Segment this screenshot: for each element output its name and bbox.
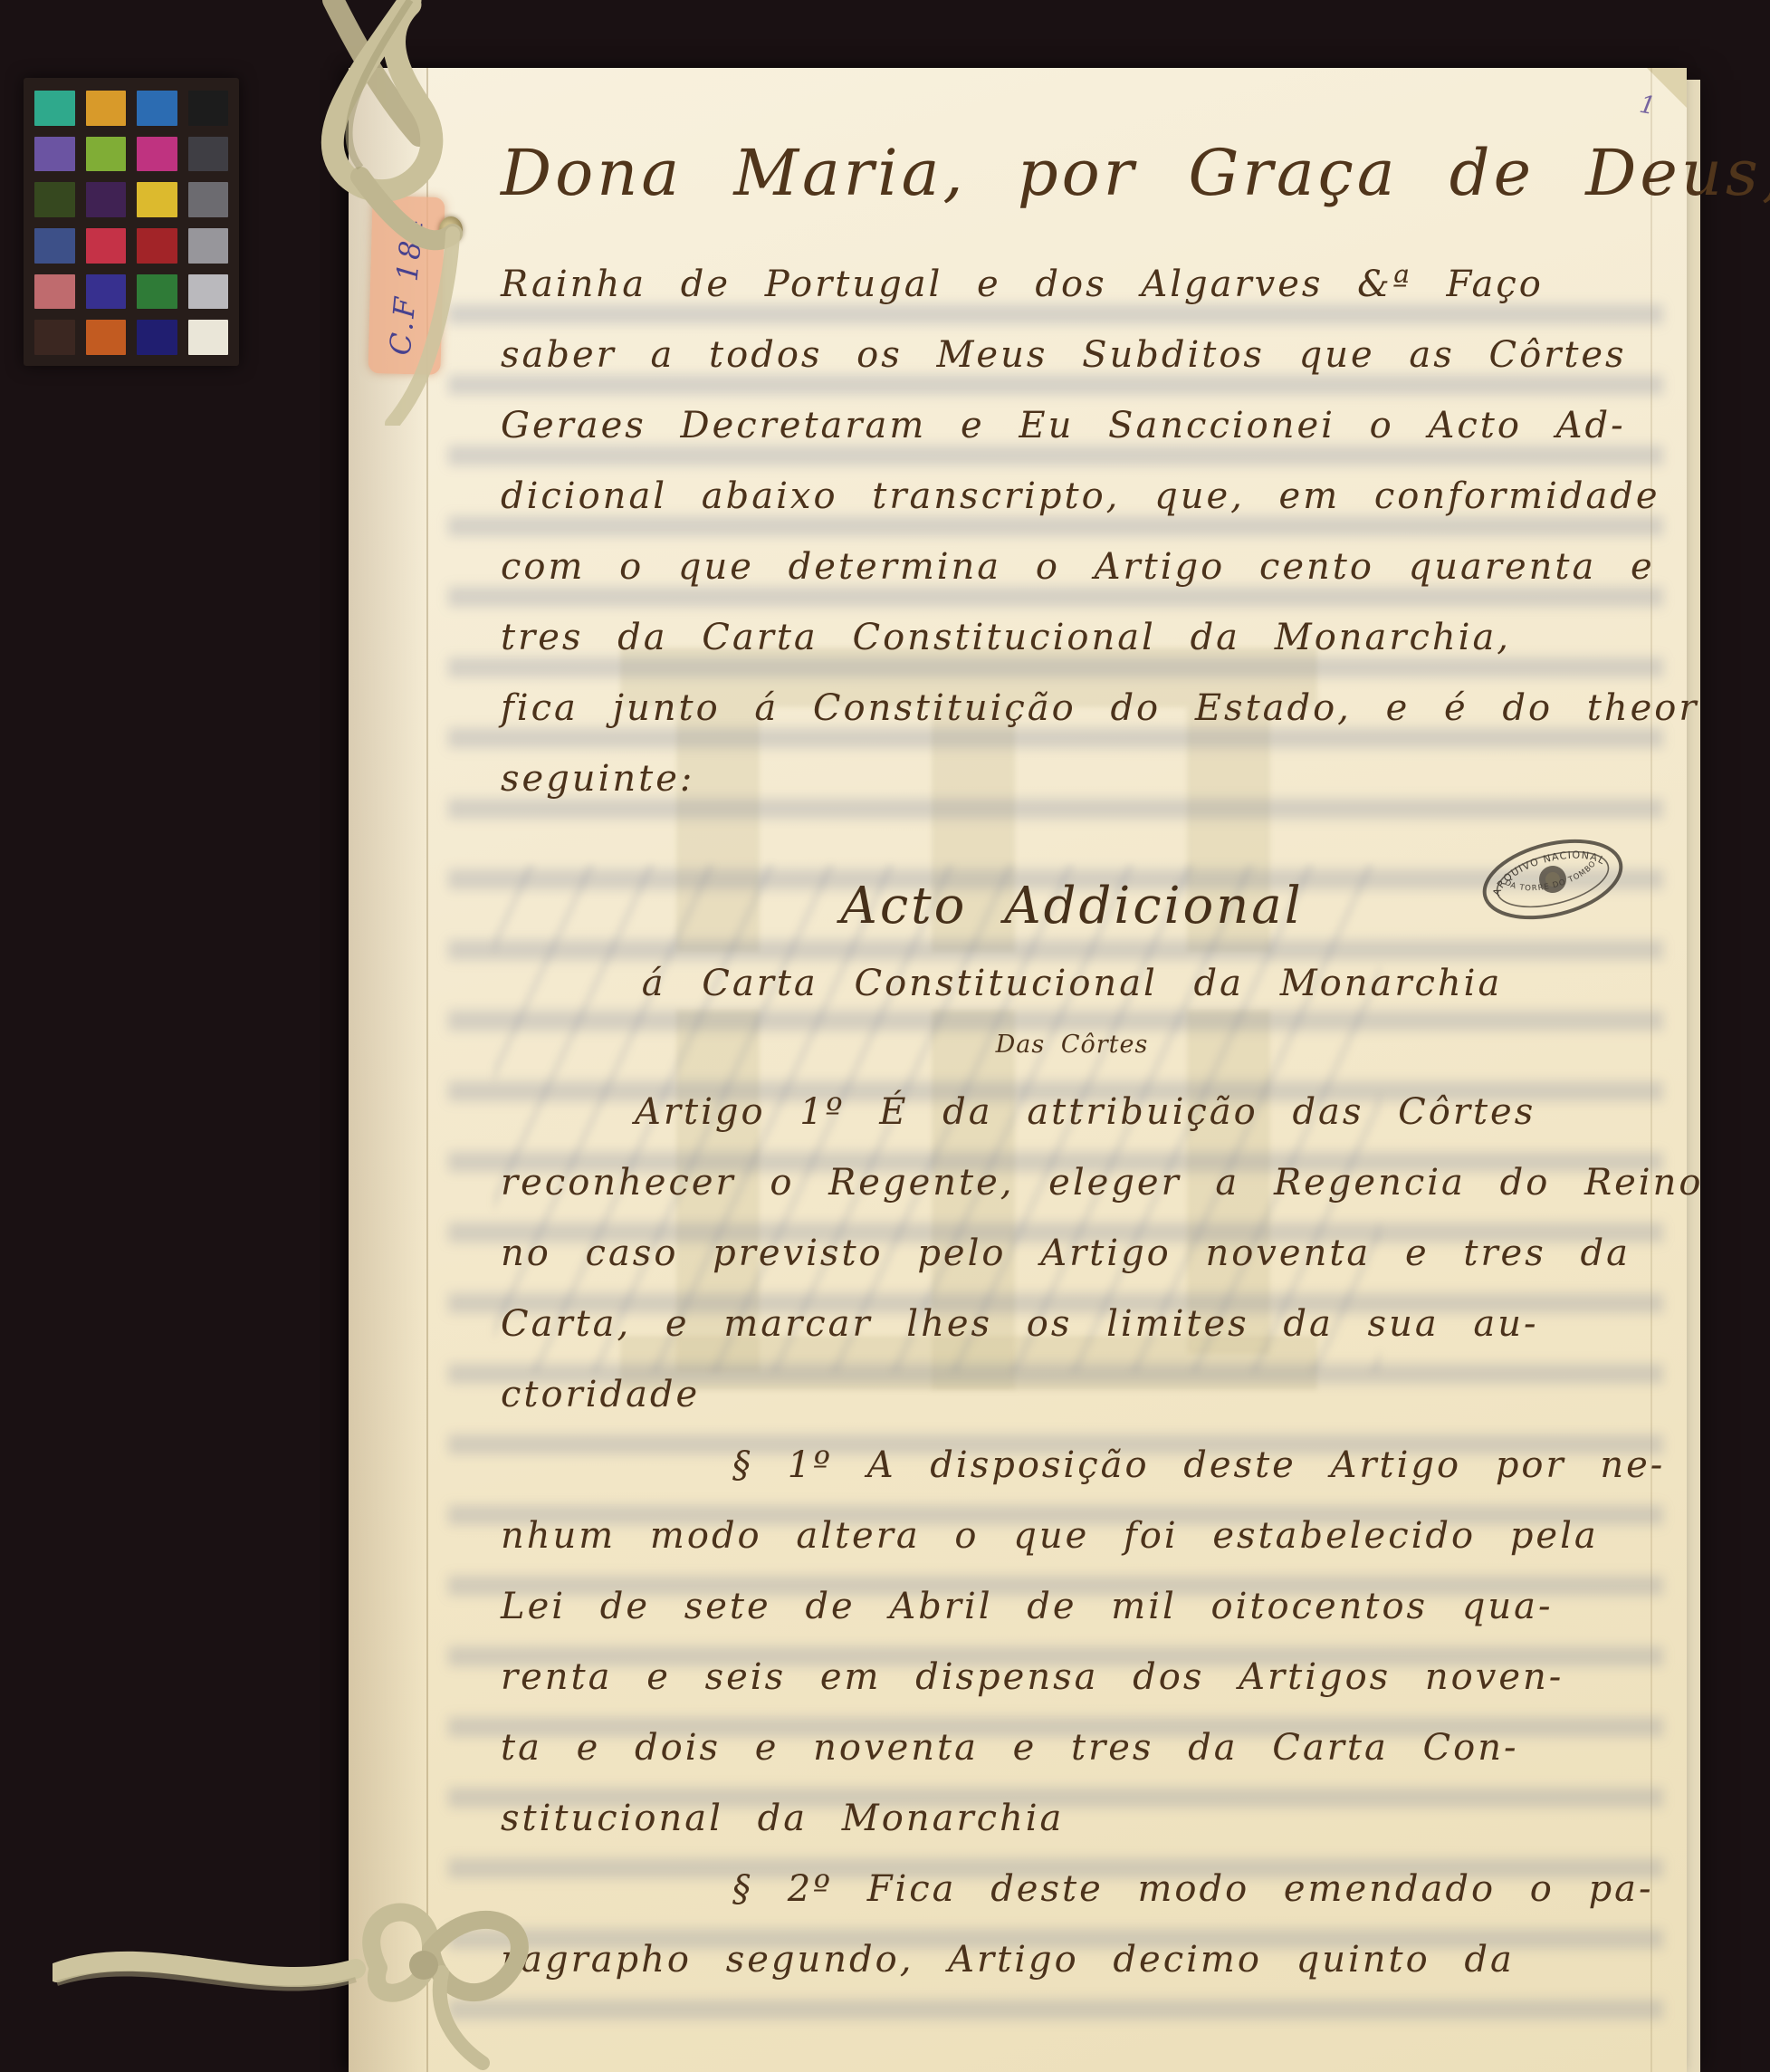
color-patch (86, 274, 127, 310)
color-patch (34, 320, 75, 355)
manuscript-line-body: stitucional da Monarchia (501, 1783, 1643, 1854)
color-patch (137, 91, 177, 126)
color-patch (34, 91, 75, 126)
color-patch (137, 137, 177, 172)
color-patch (34, 182, 75, 217)
color-patch (137, 182, 177, 217)
color-patch (86, 91, 127, 126)
manuscript-line-body: reconhecer o Regente, eleger a Regencia … (501, 1147, 1643, 1218)
manuscript-line-body: Rainha de Portugal e dos Algarves &ª Faç… (501, 249, 1643, 320)
color-patch (86, 320, 127, 355)
scanned-manuscript-photo: { "meta": { "page_number": "1", "archive… (0, 0, 1770, 2072)
manuscript-line-body: dicional abaixo transcripto, que, em con… (501, 461, 1643, 532)
manuscript-line-indent: Artigo 1º É da attribuição das Côrtes (501, 1077, 1643, 1147)
color-patch (137, 228, 177, 264)
binding-ribbon-bottom (53, 1882, 632, 2072)
color-patch (86, 137, 127, 172)
manuscript-line-body: Carta, e marcar lhes os limites da sua a… (501, 1289, 1643, 1359)
manuscript-line-indent2: § 2º Fica deste modo emendado o pa- (501, 1854, 1643, 1924)
manuscript-line-body: Geraes Decretaram e Eu Sanccionei o Acto… (501, 390, 1643, 461)
manuscript-line-heading: Acto Addicional (501, 856, 1643, 946)
color-patch (34, 274, 75, 310)
manuscript-line-indent2: § 1º A disposição deste Artigo por ne- (501, 1430, 1643, 1501)
manuscript-line-body: Lei de sete de Abril de mil oitocentos q… (501, 1571, 1643, 1642)
manuscript-line-body: ta e dois e noventa e tres da Carta Con- (501, 1712, 1643, 1783)
color-patch (188, 91, 229, 126)
manuscript-line-section: Das Côrtes (501, 1021, 1643, 1077)
color-patch (188, 182, 229, 217)
manuscript-line-body: ctoridade (501, 1359, 1643, 1430)
color-patch (34, 137, 75, 172)
color-patch (188, 320, 229, 355)
manuscript-line-body: nhum modo altera o que foi estabelecido … (501, 1501, 1643, 1571)
color-card-grid (34, 91, 228, 355)
color-patch (86, 228, 127, 264)
manuscript-line-body: ragrapho segundo, Artigo decimo quinto d… (501, 1924, 1643, 1995)
manuscript-line-body: renta e seis em dispensa dos Artigos nov… (501, 1642, 1643, 1712)
color-patch (188, 274, 229, 310)
color-patch (137, 274, 177, 310)
manuscript-line-body: com o que determina o Artigo cento quare… (501, 532, 1643, 602)
manuscript-line-body: tres da Carta Constitucional da Monarchi… (501, 602, 1643, 673)
color-patch (188, 228, 229, 264)
text-flow: Dona Maria, por Graça de Deus,Rainha de … (501, 106, 1643, 1995)
color-patch (188, 137, 229, 172)
manuscript-line-body: no caso previsto pelo Artigo noventa e t… (501, 1218, 1643, 1289)
manuscript-line-body: saber a todos os Meus Subditos que as Cô… (501, 320, 1643, 390)
color-calibration-card (24, 78, 239, 366)
binding-ribbon-top (225, 0, 659, 426)
folio-number: 1 (1637, 91, 1657, 121)
color-patch (86, 182, 127, 217)
manuscript-line-body: seguinte: (501, 743, 1643, 814)
manuscript-line-display: Dona Maria, por Graça de Deus, (501, 106, 1643, 249)
manuscript-line-body: fica junto á Constituição do Estado, e é… (501, 673, 1643, 743)
manuscript-line-subheading: á Carta Constitucional da Monarchia (501, 946, 1643, 1021)
right-margin-line (1650, 68, 1652, 2072)
color-patch (34, 228, 75, 264)
color-patch (137, 320, 177, 355)
